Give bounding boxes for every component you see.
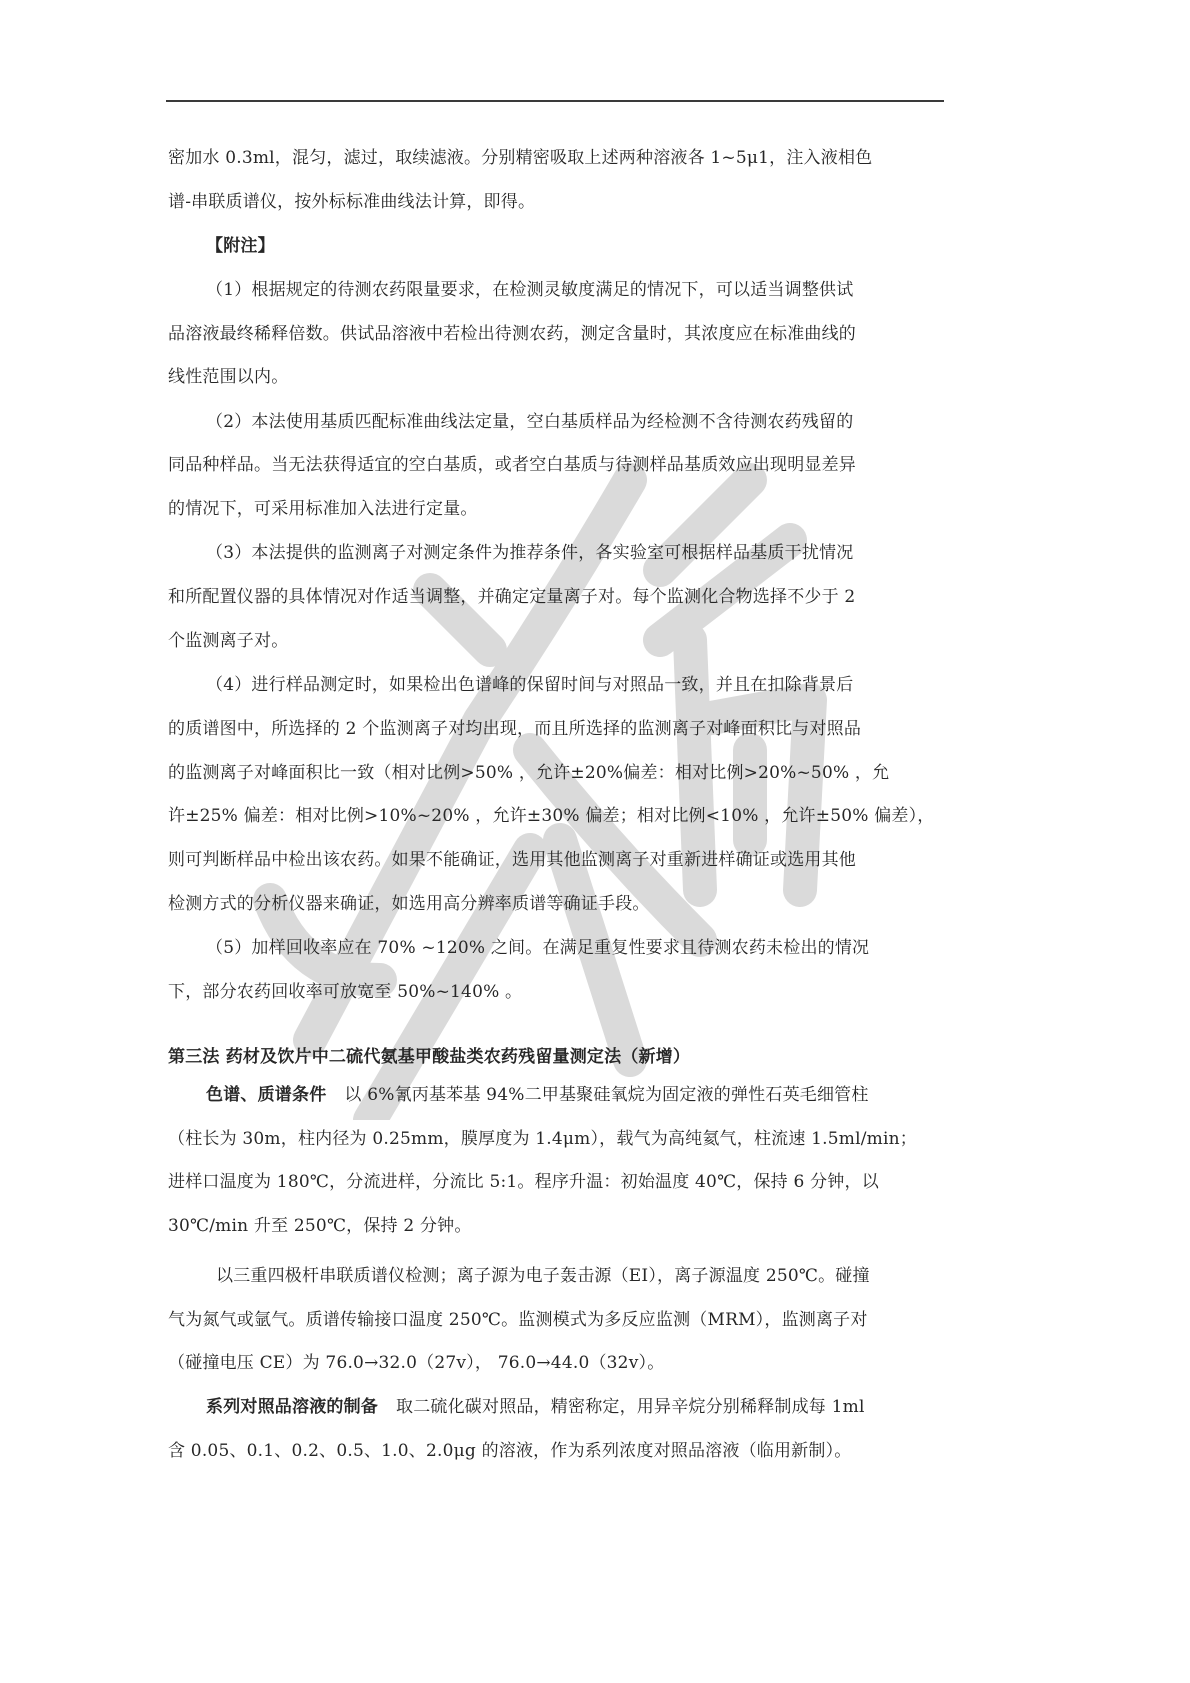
paragraph-line: 密加水 0.3ml，混匀，滤过，取续滤液。分别精密吸取上述两种溶液各 1~5μ1… xyxy=(168,148,872,168)
note-2-line: 同品种样品。当无法获得适宜的空白基质，或者空白基质与待测样品基质效应出现明显差异 xyxy=(168,455,856,475)
ms-line: 以三重四极杆串联质谱仪检测；离子源为电子轰击源（EI），离子源温度 250℃。碰… xyxy=(216,1266,870,1286)
note-2-line: 的情况下，可采用标准加入法进行定量。 xyxy=(168,499,478,519)
note-4-line: 检测方式的分析仪器来确证，如选用高分辨率质谱等确证手段。 xyxy=(168,894,650,914)
note-4-line: 则可判断样品中检出该农药。如果不能确证，选用其他监测离子对重新进样确证或选用其他 xyxy=(168,850,856,870)
header-rule xyxy=(166,100,944,102)
note-4-line: 的监测离子对峰面积比一致（相对比例>50% ，允许±20%偏差：相对比例>20%… xyxy=(168,763,889,783)
note-1-line: 品溶液最终稀释倍数。供试品溶液中若检出待测农药，测定含量时，其浓度应在标准曲线的 xyxy=(168,324,856,344)
conditions-label: 色谱、质谱条件 xyxy=(206,1085,326,1105)
note-5-line: （5）加样回收率应在 70% ~120% 之间。在满足重复性要求且待测农药未检出… xyxy=(206,938,869,958)
section-heading: 第三法 药材及饮片中二硫代氨基甲酸盐类农药残留量测定法（新增） xyxy=(168,1047,690,1067)
conditions-line: 进样口温度为 180℃，分流进样，分流比 5:1。程序升温：初始温度 40℃，保… xyxy=(168,1172,879,1192)
note-1-line: （1）根据规定的待测农药限量要求，在检测灵敏度满足的情况下，可以适当调整供试 xyxy=(206,280,853,300)
note-3-line: 个监测离子对。 xyxy=(168,631,288,651)
paragraph-line: 谱-串联质谱仪，按外标标准曲线法计算，即得。 xyxy=(168,192,535,212)
ms-line: 气为氮气或氩气。质谱传输接口温度 250℃。监测模式为多反应监测（MRM），监测… xyxy=(168,1310,868,1330)
note-5-line: 下，部分农药回收率可放宽至 50%~140% 。 xyxy=(168,982,522,1002)
note-1-line: 线性范围以内。 xyxy=(168,367,288,387)
conditions-line: 色谱、质谱条件以 6%氰丙基苯基 94%二甲基聚硅氧烷为固定液的弹性石英毛细管柱 xyxy=(206,1085,869,1105)
note-4-line: 的质谱图中，所选择的 2 个监测离子对均出现，而且所选择的监测离子对峰面积比与对… xyxy=(168,719,861,739)
note-4-line: 许±25% 偏差：相对比例>10%~20% ，允许±30% 偏差；相对比例<10… xyxy=(168,806,935,826)
conditions-line: （柱长为 30m，柱内径为 0.25mm，膜厚度为 1.4μm），载气为高纯氦气… xyxy=(168,1129,917,1149)
conditions-line: 30℃/min 升至 250℃，保持 2 分钟。 xyxy=(168,1216,472,1236)
note-3-line: （3）本法提供的监测离子对测定条件为推荐条件，各实验室可根据样品基质干扰情况 xyxy=(206,543,853,563)
note-2-line: （2）本法使用基质匹配标准曲线法定量，空白基质样品为经检测不含待测农药残留的 xyxy=(206,412,853,432)
note-4-line: （4）进行样品测定时，如果检出色谱峰的保留时间与对照品一致，并且在扣除背景后 xyxy=(206,675,853,695)
reference-line: 含 0.05、0.1、0.2、0.5、1.0、2.0μg 的溶液，作为系列浓度对… xyxy=(168,1441,851,1461)
reference-line: 系列对照品溶液的制备取二硫化碳对照品，精密称定，用异辛烷分别稀释制成每 1ml xyxy=(206,1397,865,1417)
note-3-line: 和所配置仪器的具体情况对作适当调整，并确定定量离子对。每个监测化合物选择不少于 … xyxy=(168,587,855,607)
notes-heading: 【附注】 xyxy=(206,236,275,256)
ms-line: （碰撞电压 CE）为 76.0→32.0（27v）， 76.0→44.0（32v… xyxy=(168,1353,664,1373)
reference-label: 系列对照品溶液的制备 xyxy=(206,1397,378,1417)
